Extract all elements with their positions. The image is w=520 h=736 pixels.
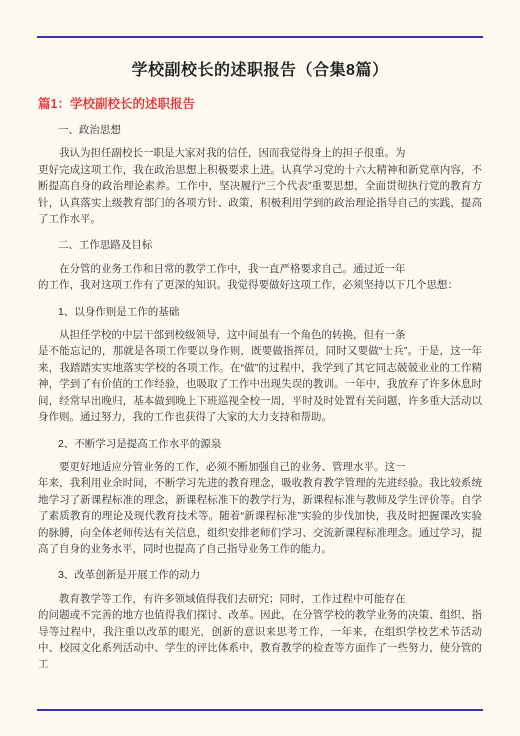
bottom-divider-line — [37, 709, 483, 711]
document-body: 学校副校长的述职报告（合集8篇） 篇1：学校副校长的述职报告 一、政治思想 我认… — [38, 38, 482, 673]
paragraph: 在分管的业务工作和日常的教学工作中，我一直严格要求自己。通过近一年的工作，我对这… — [38, 261, 482, 294]
paragraph-first-line: 要更好地适应分管业务的工作，必须不断加强自己的业务、管理水平。这一 — [59, 461, 406, 473]
paragraph-rest: 的问题或不完善的地方也值得我们探讨、改革。因此，在分管学校的教学业务的决策、组织… — [38, 609, 482, 670]
article-content: 一、政治思想 我认为担任副校长一职是大家对我的信任，因而我觉得身上的担子很重。为… — [38, 122, 482, 673]
paragraph: 从担任学校的中层干部到校级领导，这中间虽有一个角色的转换，但有一条是不能忘记的，… — [38, 327, 482, 425]
paragraph-first-line: 在分管的业务工作和日常的教学工作中，我一直严格要求自己。通过近一年 — [59, 263, 406, 275]
section-heading-work-ideas-goals: 二、工作思路及目标 — [38, 237, 482, 253]
paragraph-rest: 更好完成这项工作，我在政治思想上积极要求上进。认真学习党的十六大精神和新党章内容… — [38, 164, 482, 225]
paragraph-first-line: 从担任学校的中层干部到校级领导，这中间虽有一个角色的转换，但有一条 — [59, 329, 406, 341]
paragraph-rest: 是不能忘记的，那就是各项工作要以身作则，既要做指挥员，同时又要做“士兵”。于是，… — [38, 345, 482, 423]
section-heading-political-thought: 一、政治思想 — [38, 122, 482, 138]
subsection-heading-continuous-learning: 2、不断学习是提高工作水平的源泉 — [38, 436, 482, 452]
subsection-heading-reform-innovation: 3、改革创新是开展工作的动力 — [38, 567, 482, 583]
paragraph: 我认为担任副校长一职是大家对我的信任，因而我觉得身上的担子很重。为更好完成这项工… — [38, 145, 482, 227]
paragraph-rest: 的工作，我对这项工作有了更深的知识。我觉得要做好这项工作，必须坚持以下几个思想： — [38, 279, 458, 291]
paragraph-first-line: 教育教学等工作，有许多领域值得我们去研究；同时，工作过程中可能存在 — [59, 593, 406, 605]
subsection-heading-lead-by-example: 1、以身作则是工作的基础 — [38, 304, 482, 320]
document-page: 学校副校长的述职报告（合集8篇） 篇1：学校副校长的述职报告 一、政治思想 我认… — [0, 0, 520, 736]
paragraph: 教育教学等工作，有许多领域值得我们去研究；同时，工作过程中可能存在的问题或不完善… — [38, 591, 482, 673]
paragraph-rest: 年来，我利用业余时间，不断学习先进的教育理念，吸收教育教学管理的先进经验。我比较… — [38, 477, 482, 555]
paragraph: 要更好地适应分管业务的工作，必须不断加强自己的业务、管理水平。这一年来，我利用业… — [38, 459, 482, 557]
article-1-heading: 篇1：学校副校长的述职报告 — [38, 97, 482, 112]
document-title: 学校副校长的述职报告（合集8篇） — [38, 60, 482, 82]
paragraph-first-line: 我认为担任副校长一职是大家对我的信任，因而我觉得身上的担子很重。为 — [59, 147, 406, 159]
